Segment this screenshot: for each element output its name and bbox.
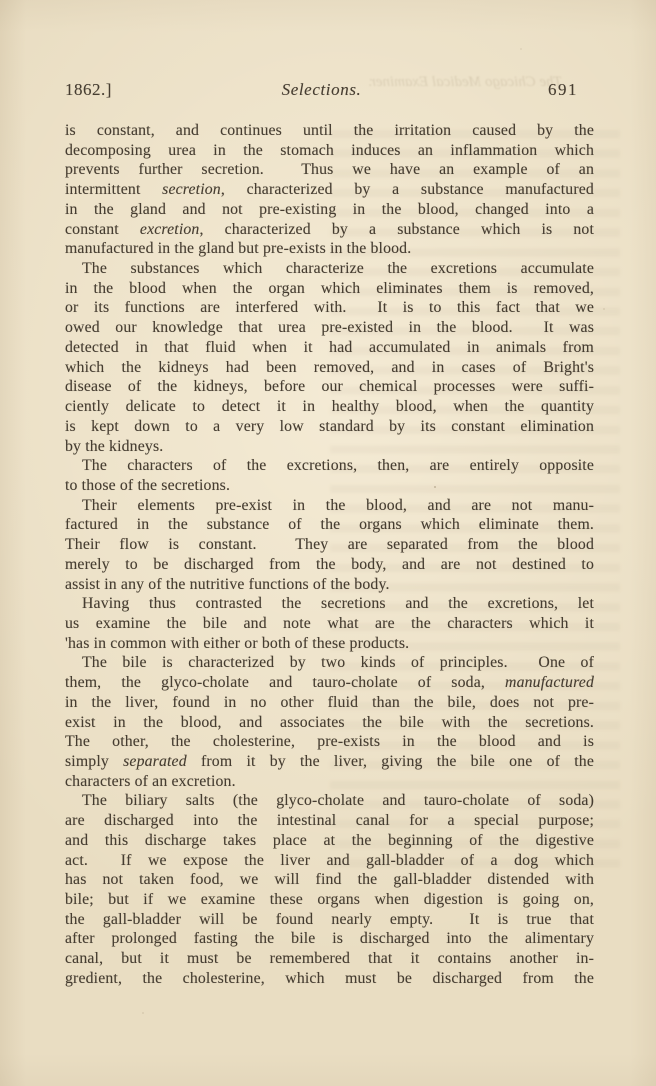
text-segment: , characterized by a substance manufactu… — [221, 181, 594, 198]
text-segment: ciently delicate to detect it in healthy… — [65, 398, 594, 415]
text-line: The characters of the excretions, then, … — [65, 456, 594, 476]
running-header: 1862.] Selections. 691 — [65, 80, 594, 100]
text-line: after prolonged fasting the bile is disc… — [65, 929, 594, 949]
text-segment: to those of the secretions. — [65, 477, 230, 494]
text-line: which the kidneys had been removed, and … — [65, 358, 594, 378]
paper-specks — [0, 0, 2, 2]
text-segment: in the blood when the organ which elimin… — [65, 280, 594, 297]
scanned-book-page: The Chicago Medical Examiner. 1862.] Sel… — [0, 0, 656, 1086]
text-line: detected in that fluid when it had accum… — [65, 338, 594, 358]
text-line: assist in any of the nutritive functions… — [65, 575, 594, 595]
text-line: characters of an excretion. — [65, 772, 594, 792]
text-line: exist in the blood, and associates the b… — [65, 713, 594, 733]
text-line: bile; but if we examine these organs whe… — [65, 890, 594, 910]
text-segment: after prolonged fasting the bile is disc… — [65, 930, 594, 947]
header-title: Selections. — [185, 80, 458, 100]
text-line: gredient, the cholesterine, which must b… — [65, 969, 594, 989]
text-line: in the blood when the organ which elimin… — [65, 279, 594, 299]
text-segment: decomposing urea in the stomach induces … — [65, 142, 594, 159]
text-segment: factured in the substance of the organs … — [65, 516, 594, 533]
text-segment: act. If we expose the liver and gall-bla… — [65, 852, 594, 869]
text-segment: intermittent — [65, 181, 162, 198]
text-segment: assist in any of the nutritive functions… — [65, 576, 390, 593]
text-line: canal, but it must be remembered that it… — [65, 949, 594, 969]
text-line: has not taken food, we will find the gal… — [65, 870, 594, 890]
text-segment: disease of the kidneys, before our chemi… — [65, 378, 594, 395]
text-segment: The characters of the excretions, then, … — [82, 457, 594, 474]
text-line: is kept down to a very low standard by i… — [65, 417, 594, 437]
italic-text: separated — [123, 753, 187, 770]
text-segment: Their flow is constant. They are separat… — [65, 536, 594, 553]
text-line: by the kidneys. — [65, 437, 594, 457]
text-line: to those of the secretions. — [65, 476, 594, 496]
text-line: them, the glyco-cholate and tauro-cholat… — [65, 673, 594, 693]
text-segment: is kept down to a very low standard by i… — [65, 418, 594, 435]
header-year: 1862.] — [65, 80, 185, 100]
italic-text: secretion — [162, 181, 221, 198]
text-segment: exist in the blood, and associates the b… — [65, 714, 594, 731]
text-segment: which the kidneys had been removed, and … — [65, 359, 594, 376]
text-line: in the gland and not pre-existing in the… — [65, 200, 594, 220]
text-line: or its functions are interfered with. It… — [65, 298, 594, 318]
text-segment: detected in that fluid when it had accum… — [65, 339, 594, 356]
header-page-number: 691 — [458, 80, 594, 100]
text-segment: or its functions are interfered with. It… — [65, 299, 594, 316]
text-line: ciently delicate to detect it in healthy… — [65, 397, 594, 417]
text-line: are discharged into the intestinal canal… — [65, 811, 594, 831]
text-line: prevents further secretion. Thus we have… — [65, 160, 594, 180]
text-segment: owed our knowledge that urea pre-existed… — [65, 319, 594, 336]
text-segment: Their elements pre-exist in the blood, a… — [82, 497, 594, 514]
text-segment: us examine the bile and note what are th… — [65, 615, 594, 632]
text-line: is constant, and continues until the irr… — [65, 121, 594, 141]
text-line: constant excretion, characterized by a s… — [65, 220, 594, 240]
text-line: The biliary salts (the glyco-cholate and… — [65, 791, 594, 811]
text-line: decomposing urea in the stomach induces … — [65, 141, 594, 161]
text-line: The bile is characterized by two kinds o… — [65, 653, 594, 673]
text-segment: The other, the cholesterine, pre-exists … — [65, 733, 594, 750]
text-segment: Having thus contrasted the secretions an… — [82, 595, 594, 612]
text-segment: prevents further secretion. Thus we have… — [65, 161, 594, 178]
text-line: factured in the substance of the organs … — [65, 515, 594, 535]
text-segment: 'has in common with either or both of th… — [65, 635, 409, 652]
italic-text: excretion — [140, 221, 200, 238]
text-segment: canal, but it must be remembered that it… — [65, 950, 594, 967]
text-segment: constant — [65, 221, 140, 238]
text-line: The substances which characterize the ex… — [65, 259, 594, 279]
text-line: Their flow is constant. They are separat… — [65, 535, 594, 555]
text-line: disease of the kidneys, before our chemi… — [65, 377, 594, 397]
text-line: manufactured in the gland but pre-exists… — [65, 239, 594, 259]
text-line: intermittent secretion, characterized by… — [65, 180, 594, 200]
text-segment: simply — [65, 753, 123, 770]
text-segment: has not taken food, we will find the gal… — [65, 871, 594, 888]
text-line: owed our knowledge that urea pre-existed… — [65, 318, 594, 338]
text-segment: bile; but if we examine these organs whe… — [65, 891, 594, 908]
text-segment: in the liver, found in no other fluid th… — [65, 694, 594, 711]
text-segment: , characterized by a substance which is … — [199, 221, 594, 238]
text-segment: The biliary salts (the glyco-cholate and… — [82, 792, 594, 809]
text-line: Having thus contrasted the secretions an… — [65, 594, 594, 614]
text-segment: the gall-bladder will be found nearly em… — [65, 911, 594, 928]
text-line: the gall-bladder will be found nearly em… — [65, 910, 594, 930]
italic-text: manufactured — [505, 674, 594, 691]
text-segment: manufactured in the gland but pre-exists… — [65, 240, 411, 257]
text-line: in the liver, found in no other fluid th… — [65, 693, 594, 713]
text-segment: in the gland and not pre-existing in the… — [65, 201, 594, 218]
text-segment: and this discharge takes place at the be… — [65, 832, 594, 849]
text-segment: The bile is characterized by two kinds o… — [82, 654, 594, 671]
text-line: The other, the cholesterine, pre-exists … — [65, 732, 594, 752]
text-line: act. If we expose the liver and gall-bla… — [65, 851, 594, 871]
text-line: merely to be discharged from the body, a… — [65, 555, 594, 575]
text-segment: merely to be discharged from the body, a… — [65, 556, 594, 573]
text-segment: The substances which characterize the ex… — [82, 260, 594, 277]
text-line: us examine the bile and note what are th… — [65, 614, 594, 634]
text-line: Their elements pre-exist in the blood, a… — [65, 496, 594, 516]
text-segment: are discharged into the intestinal canal… — [65, 812, 594, 829]
text-line: simply separated from it by the liver, g… — [65, 752, 594, 772]
text-line: and this discharge takes place at the be… — [65, 831, 594, 851]
text-segment: them, the glyco-cholate and tauro-cholat… — [65, 674, 505, 691]
text-segment: characters of an excretion. — [65, 773, 236, 790]
text-segment: gredient, the cholesterine, which must b… — [65, 970, 594, 987]
text-segment: is constant, and continues until the irr… — [65, 122, 594, 139]
text-block: is constant, and continues until the irr… — [65, 121, 594, 989]
text-line: 'has in common with either or both of th… — [65, 634, 594, 654]
text-segment: from it by the liver, giving the bile on… — [187, 753, 594, 770]
text-segment: by the kidneys. — [65, 438, 163, 455]
